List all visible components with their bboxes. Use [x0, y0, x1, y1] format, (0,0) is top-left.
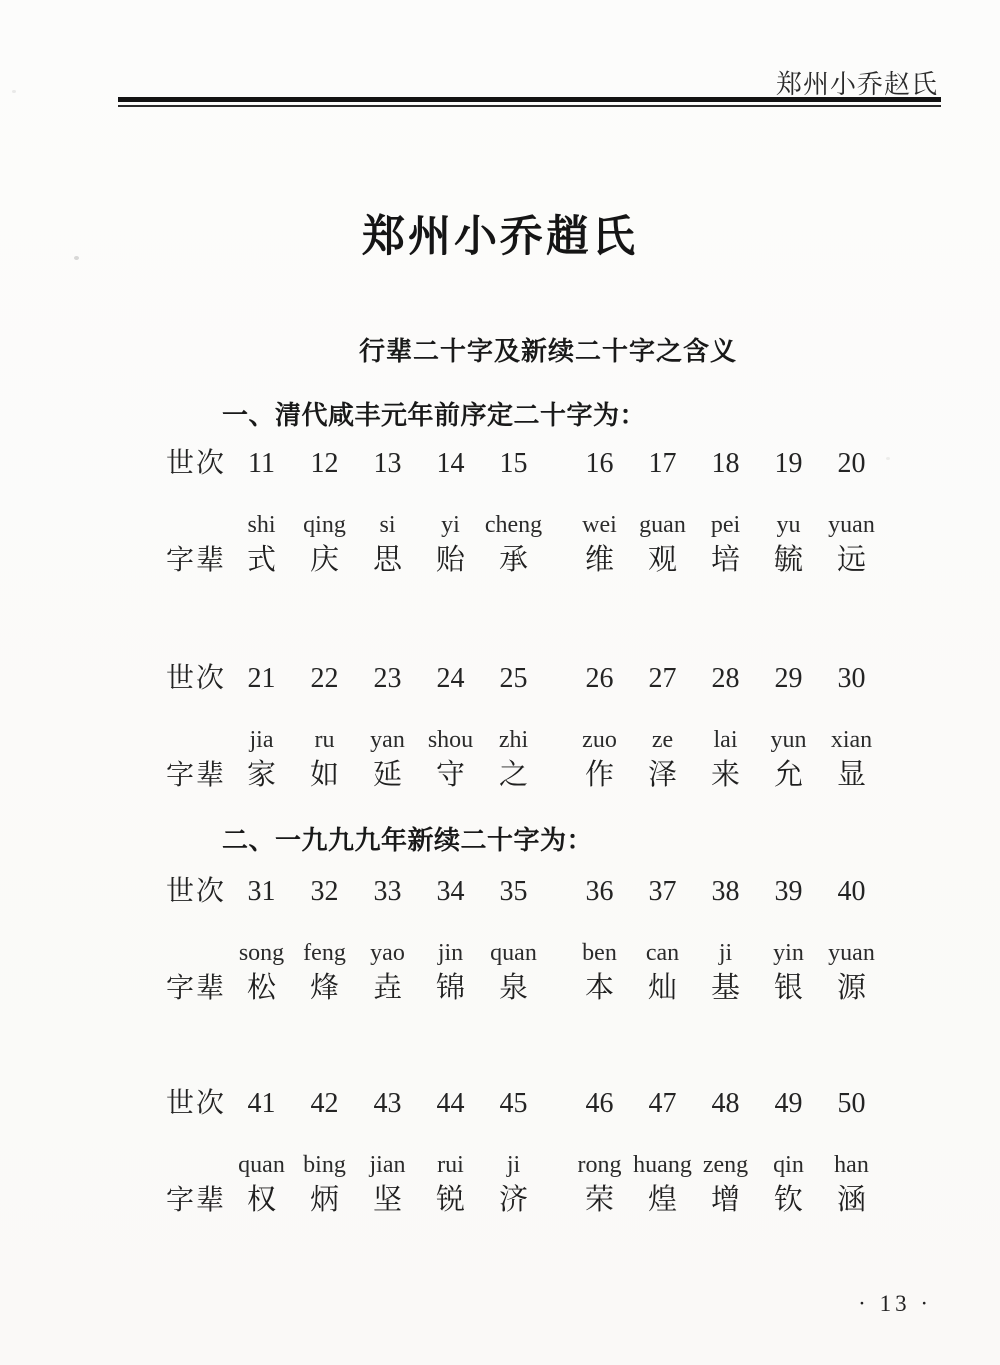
generation-number: 28 — [694, 662, 757, 696]
generation-character: 烽 — [293, 970, 356, 1006]
pinyin: yi — [419, 510, 482, 540]
pinyin: yun — [757, 725, 820, 755]
generation-number: 34 — [419, 875, 482, 909]
generation-number: 25 — [482, 662, 545, 696]
generation-character: 贻 — [419, 542, 482, 578]
generation-number: 15 — [482, 447, 545, 481]
pinyin-row: jia ru yan shou zhi zuo ze lai yun xian — [166, 725, 926, 755]
generation-number: 16 — [568, 447, 631, 481]
generation-number: 23 — [356, 662, 419, 696]
generation-number-row: 世次 21 22 23 24 25 26 27 28 29 30 — [166, 662, 926, 696]
pinyin: yao — [356, 938, 419, 968]
character-row: 字辈 家 如 延 守 之 作 泽 来 允 显 — [166, 757, 926, 794]
pinyin: feng — [293, 938, 356, 968]
row-label-zibei: 字辈 — [166, 1183, 230, 1219]
section-2-heading: 二、一九九九年新续二十字为： — [222, 820, 593, 857]
row-label-shici: 世次 — [166, 875, 230, 909]
generation-number: 12 — [293, 447, 356, 481]
generation-number: 35 — [482, 875, 545, 909]
character-row: 字辈 松 烽 垚 锦 泉 本 灿 基 银 源 — [166, 970, 926, 1007]
pinyin: rui — [419, 1150, 482, 1180]
generation-number-row: 世次 41 42 43 44 45 46 47 48 49 50 — [166, 1087, 926, 1121]
pinyin: rong — [568, 1150, 631, 1180]
generation-number: 45 — [482, 1087, 545, 1121]
generation-character: 如 — [293, 757, 356, 793]
generation-character: 权 — [230, 1182, 293, 1218]
pinyin: qin — [757, 1150, 820, 1180]
pinyin: guan — [631, 510, 694, 540]
generation-character: 增 — [694, 1182, 757, 1218]
page-number: · 13 · — [858, 1291, 932, 1317]
row-label-shici: 世次 — [166, 662, 230, 696]
generation-number: 30 — [820, 662, 883, 696]
generation-number: 32 — [293, 875, 356, 909]
generation-number: 29 — [757, 662, 820, 696]
generation-character: 思 — [356, 542, 419, 578]
generation-character: 煌 — [631, 1182, 694, 1218]
pinyin: ji — [694, 938, 757, 968]
generation-number: 13 — [356, 447, 419, 481]
row-label-zibei: 字辈 — [166, 971, 230, 1007]
character-row: 字辈 式 庆 思 贻 承 维 观 培 毓 远 — [166, 542, 926, 579]
generation-character: 银 — [757, 970, 820, 1006]
generation-character: 远 — [820, 542, 883, 578]
generation-character: 钦 — [757, 1182, 820, 1218]
pinyin: yan — [356, 725, 419, 755]
generation-number-row: 世次 31 32 33 34 35 36 37 38 39 40 — [166, 875, 926, 909]
pinyin: ji — [482, 1150, 545, 1180]
generation-number: 33 — [356, 875, 419, 909]
generation-character: 守 — [419, 757, 482, 793]
generation-number: 40 — [820, 875, 883, 909]
running-header-title: 郑州小乔赵氏 — [776, 64, 938, 101]
row-label-zibei: 字辈 — [166, 543, 230, 579]
generation-number: 20 — [820, 447, 883, 481]
generation-number: 26 — [568, 662, 631, 696]
pinyin: jin — [419, 938, 482, 968]
pinyin: lai — [694, 725, 757, 755]
generation-character: 源 — [820, 970, 883, 1006]
scan-speck — [12, 90, 16, 93]
generation-number: 38 — [694, 875, 757, 909]
generation-character: 荣 — [568, 1182, 631, 1218]
pinyin: quan — [230, 1150, 293, 1180]
generation-character: 灿 — [631, 970, 694, 1006]
pinyin: yuan — [820, 510, 883, 540]
generation-number: 11 — [230, 447, 293, 481]
pinyin: si — [356, 510, 419, 540]
pinyin: song — [230, 938, 293, 968]
generation-character: 来 — [694, 757, 757, 793]
generation-number: 43 — [356, 1087, 419, 1121]
generation-block-21-30: 世次 21 22 23 24 25 26 27 28 29 30 jia ru … — [166, 662, 926, 794]
scan-speck — [886, 457, 890, 460]
generation-number: 22 — [293, 662, 356, 696]
generation-character: 庆 — [293, 542, 356, 578]
pinyin: ru — [293, 725, 356, 755]
generation-character: 家 — [230, 757, 293, 793]
generation-character: 泉 — [482, 970, 545, 1006]
generation-character: 显 — [820, 757, 883, 793]
character-row: 字辈 权 炳 坚 锐 济 荣 煌 增 钦 涵 — [166, 1182, 926, 1219]
generation-character: 延 — [356, 757, 419, 793]
pinyin: jia — [230, 725, 293, 755]
generation-number: 46 — [568, 1087, 631, 1121]
row-label-shici: 世次 — [166, 447, 230, 481]
pinyin: han — [820, 1150, 883, 1180]
generation-number: 27 — [631, 662, 694, 696]
generation-character: 本 — [568, 970, 631, 1006]
pinyin: zeng — [694, 1150, 757, 1180]
generation-character: 锦 — [419, 970, 482, 1006]
pinyin-row: quan bing jian rui ji rong huang zeng qi… — [166, 1150, 926, 1180]
generation-character: 涵 — [820, 1182, 883, 1218]
generation-character: 培 — [694, 542, 757, 578]
generation-character: 观 — [631, 542, 694, 578]
pinyin-row: shi qing si yi cheng wei guan pei yu yua… — [166, 510, 926, 540]
pinyin: zuo — [568, 725, 631, 755]
generation-character: 之 — [482, 757, 545, 793]
pinyin: yin — [757, 938, 820, 968]
generation-number: 41 — [230, 1087, 293, 1121]
generation-number: 17 — [631, 447, 694, 481]
generation-number: 18 — [694, 447, 757, 481]
generation-number: 44 — [419, 1087, 482, 1121]
pinyin: pei — [694, 510, 757, 540]
generation-block-31-40: 世次 31 32 33 34 35 36 37 38 39 40 song fe… — [166, 875, 926, 1007]
generation-number: 37 — [631, 875, 694, 909]
pinyin: huang — [631, 1150, 694, 1180]
generation-number: 36 — [568, 875, 631, 909]
page-title: 郑州小乔趙氏 — [0, 203, 1000, 264]
generation-block-11-20: 世次 11 12 13 14 15 16 17 18 19 20 shi qin… — [166, 447, 926, 579]
pinyin-row: song feng yao jin quan ben can ji yin yu… — [166, 938, 926, 968]
generation-character: 锐 — [419, 1182, 482, 1218]
pinyin: jian — [356, 1150, 419, 1180]
generation-number: 47 — [631, 1087, 694, 1121]
pinyin: can — [631, 938, 694, 968]
generation-number: 19 — [757, 447, 820, 481]
header-double-rule — [118, 97, 941, 107]
pinyin: yuan — [820, 938, 883, 968]
generation-character: 基 — [694, 970, 757, 1006]
generation-number: 50 — [820, 1087, 883, 1121]
generation-character: 炳 — [293, 1182, 356, 1218]
generation-character: 垚 — [356, 970, 419, 1006]
page-subtitle: 行辈二十字及新续二十字之含义 — [88, 331, 1000, 368]
generation-character: 济 — [482, 1182, 545, 1218]
generation-number: 14 — [419, 447, 482, 481]
pinyin: shi — [230, 510, 293, 540]
pinyin: ze — [631, 725, 694, 755]
pinyin: quan — [482, 938, 545, 968]
generation-number-row: 世次 11 12 13 14 15 16 17 18 19 20 — [166, 447, 926, 481]
pinyin: wei — [568, 510, 631, 540]
generation-character: 允 — [757, 757, 820, 793]
generation-number: 39 — [757, 875, 820, 909]
generation-character: 坚 — [356, 1182, 419, 1218]
generation-number: 42 — [293, 1087, 356, 1121]
generation-number: 31 — [230, 875, 293, 909]
generation-character: 松 — [230, 970, 293, 1006]
pinyin: yu — [757, 510, 820, 540]
generation-character: 式 — [230, 542, 293, 578]
pinyin: qing — [293, 510, 356, 540]
row-label-zibei: 字辈 — [166, 758, 230, 794]
generation-number: 21 — [230, 662, 293, 696]
generation-character: 作 — [568, 757, 631, 793]
section-1-heading: 一、清代咸丰元年前序定二十字为： — [222, 395, 646, 432]
generation-character: 毓 — [757, 542, 820, 578]
generation-block-41-50: 世次 41 42 43 44 45 46 47 48 49 50 quan bi… — [166, 1087, 926, 1219]
generation-number: 49 — [757, 1087, 820, 1121]
pinyin: cheng — [482, 510, 545, 540]
generation-character: 承 — [482, 542, 545, 578]
pinyin: xian — [820, 725, 883, 755]
pinyin: shou — [419, 725, 482, 755]
generation-number: 24 — [419, 662, 482, 696]
generation-character: 泽 — [631, 757, 694, 793]
pinyin: ben — [568, 938, 631, 968]
row-label-shici: 世次 — [166, 1087, 230, 1121]
pinyin: zhi — [482, 725, 545, 755]
generation-number: 48 — [694, 1087, 757, 1121]
pinyin: bing — [293, 1150, 356, 1180]
scan-speck — [74, 256, 79, 260]
generation-character: 维 — [568, 542, 631, 578]
